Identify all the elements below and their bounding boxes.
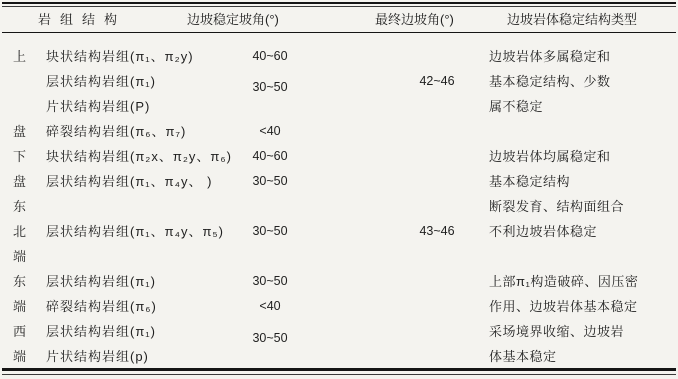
table-row: 下块状结构岩组(π₂x、π₂y、π₆)40~60边坡岩体均属稳定和 [0, 144, 678, 169]
cell-type: 不利边坡岩体稳定 [489, 219, 597, 244]
table-row: 东断裂发育、结构面组合 [0, 194, 678, 219]
cell-type: 基本稳定结构、少数 [489, 69, 611, 94]
cell-group: 东 [13, 269, 26, 294]
cell-final: 42~46 [395, 69, 479, 94]
table-body: 上块状结构岩组(π₁、π₂y)40~60边坡岩体多属稳定和层状结构岩组(π₁)3… [0, 44, 678, 369]
header-rule [2, 32, 676, 33]
table-row: 北层状结构岩组(π₁、π₄y、π₅)30~5043~46不利边坡岩体稳定 [0, 219, 678, 244]
table-row: 端 [0, 244, 678, 269]
cell-name: 层状结构岩组(π₁) [46, 269, 156, 294]
cell-name: 层状结构岩组(π₁、π₄y、π₅) [46, 219, 224, 244]
cell-type: 属不稳定 [489, 94, 543, 119]
cell-angle: 30~50 [228, 169, 312, 194]
cell-type: 断裂发育、结构面组合 [489, 194, 624, 219]
table-header: 岩组结构 边坡稳定坡角(°) 最终边坡角(°) 边坡岩体稳定结构类型 [0, 8, 678, 32]
cell-name: 片状结构岩组(p) [46, 344, 149, 369]
cell-name: 块状结构岩组(π₁、π₂y) [46, 44, 194, 69]
bottom-rule-thick [2, 368, 676, 371]
cell-group: 上 [13, 44, 26, 69]
table-row: 东层状结构岩组(π₁)30~50上部π₁构造破碎、因压密 [0, 269, 678, 294]
bottom-rule-thin [2, 374, 676, 375]
header-final-slope-angle: 最终边坡角(°) [375, 8, 454, 32]
table-row: 层状结构岩组(π₁)30~5042~46基本稳定结构、少数 [0, 69, 678, 94]
cell-angle: 30~50 [228, 219, 312, 244]
cell-name: 层状结构岩组(π₁) [46, 319, 156, 344]
cell-group: 端 [13, 344, 26, 369]
table-row: 片状结构岩组(P)属不稳定 [0, 94, 678, 119]
table-row: 上块状结构岩组(π₁、π₂y)40~60边坡岩体多属稳定和 [0, 44, 678, 69]
cell-group: 西 [13, 319, 26, 344]
header-stable-slope-angle: 边坡稳定坡角(°) [187, 8, 279, 32]
table-row: 端片状结构岩组(p)体基本稳定 [0, 344, 678, 369]
table-row: 端碎裂结构岩组(π₆)<40作用、边坡岩体基本稳定 [0, 294, 678, 319]
cell-type: 体基本稳定 [489, 344, 557, 369]
cell-type: 作用、边坡岩体基本稳定 [489, 294, 638, 319]
header-rock-group-structure: 岩组结构 [38, 8, 126, 32]
cell-name: 层状结构岩组(π₁、π₄y、 ) [46, 169, 212, 194]
header-stability-type: 边坡岩体稳定结构类型 [507, 8, 637, 32]
cell-group: 盘 [13, 119, 26, 144]
cell-name: 块状结构岩组(π₂x、π₂y、π₆) [46, 144, 232, 169]
table-row: 西层状结构岩组(π₁)30~50采场境界收缩、边坡岩 [0, 319, 678, 344]
cell-angle: 30~50 [228, 269, 312, 294]
cell-type: 边坡岩体均属稳定和 [489, 144, 611, 169]
cell-name: 碎裂结构岩组(π₆) [46, 294, 157, 319]
cell-type: 采场境界收缩、边坡岩 [489, 319, 624, 344]
scanned-table-page: 岩组结构 边坡稳定坡角(°) 最终边坡角(°) 边坡岩体稳定结构类型 上块状结构… [0, 0, 678, 379]
cell-group: 端 [13, 294, 26, 319]
top-rule-thick [2, 2, 676, 4]
cell-group: 东 [13, 194, 26, 219]
cell-name: 层状结构岩组(π₁) [46, 69, 156, 94]
cell-angle: 40~60 [228, 44, 312, 69]
cell-angle: <40 [228, 119, 312, 144]
cell-type: 上部π₁构造破碎、因压密 [489, 269, 638, 294]
cell-angle: <40 [228, 294, 312, 319]
cell-group: 端 [13, 244, 26, 269]
top-rule-thin [2, 6, 676, 7]
cell-name: 碎裂结构岩组(π₆、π₇) [46, 119, 186, 144]
cell-final: 43~46 [395, 219, 479, 244]
table-row: 盘碎裂结构岩组(π₆、π₇)<40 [0, 119, 678, 144]
cell-type: 边坡岩体多属稳定和 [489, 44, 611, 69]
cell-group: 下 [13, 144, 26, 169]
cell-name: 片状结构岩组(P) [46, 94, 150, 119]
cell-angle: 40~60 [228, 144, 312, 169]
cell-type: 基本稳定结构 [489, 169, 570, 194]
table-row: 盘层状结构岩组(π₁、π₄y、 )30~50基本稳定结构 [0, 169, 678, 194]
cell-group: 北 [13, 219, 26, 244]
cell-group: 盘 [13, 169, 26, 194]
